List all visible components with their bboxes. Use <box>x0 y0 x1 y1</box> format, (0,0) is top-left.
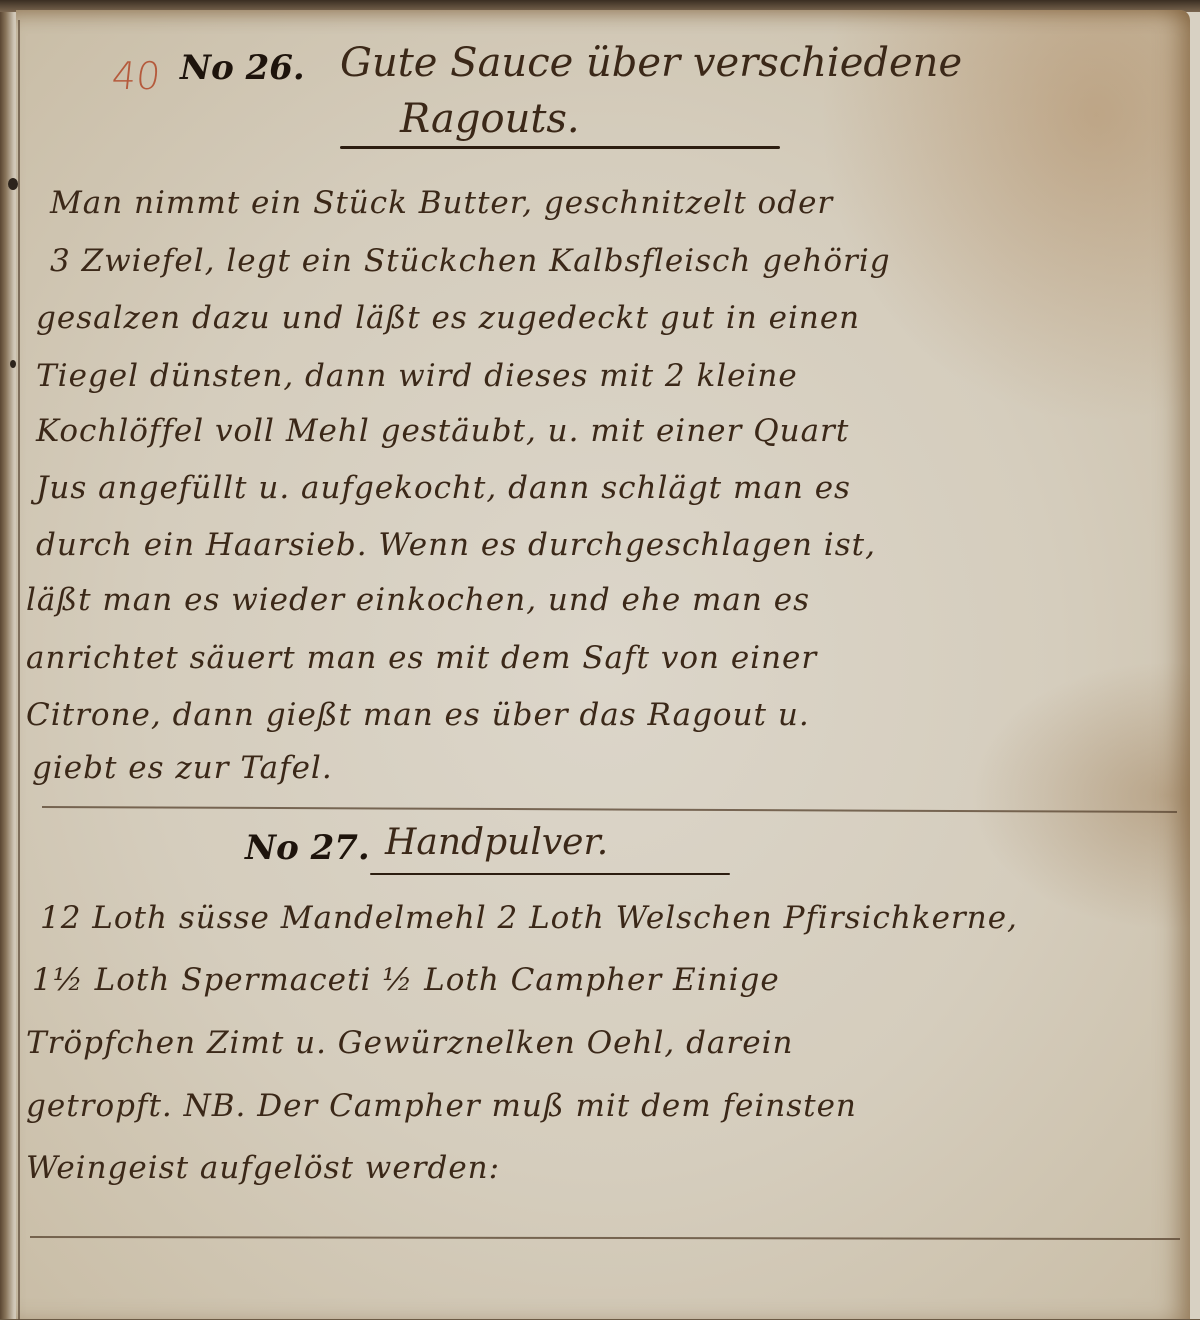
text-line: Jus angefüllt u. aufgekocht, dann schläg… <box>36 470 851 506</box>
binding-stitch-icon <box>10 360 16 368</box>
text-line: gesalzen dazu und läßt es zugedeckt gut … <box>36 300 860 336</box>
binding-stitch-icon <box>8 178 18 190</box>
page-gutter-line <box>18 20 20 1319</box>
recipe-number: No 26. <box>180 48 305 88</box>
text-line: 1½ Loth Spermaceti ½ Loth Campher Einige <box>32 962 780 998</box>
title-underline <box>340 146 780 149</box>
recipe-title: Gute Sauce über verschiedene <box>340 40 962 86</box>
title-underline <box>370 873 730 875</box>
text-line: Citrone, dann gießt man es über das Rago… <box>26 697 810 733</box>
text-line: durch ein Haarsieb. Wenn es durchgeschla… <box>36 527 876 563</box>
recipe-title-continued: Ragouts. <box>400 96 580 142</box>
manuscript-photo: 40 No 26. Gute Sauce über verschiedene R… <box>0 0 1200 1319</box>
text-line: Man nimmt ein Stück Butter, geschnitzelt… <box>50 185 833 221</box>
pencil-page-number: 40 <box>110 54 163 98</box>
text-line: 12 Loth süsse Mandelmehl 2 Loth Welschen… <box>40 900 1018 936</box>
text-line: Kochlöffel voll Mehl gestäubt, u. mit ei… <box>36 413 849 449</box>
text-line: läßt man es wieder einkochen, und ehe ma… <box>26 582 810 618</box>
text-line: giebt es zur Tafel. <box>32 750 333 786</box>
text-line: 3 Zwiefel, legt ein Stückchen Kalbsfleis… <box>50 243 891 279</box>
recipe-number: No 27. <box>245 828 370 868</box>
text-line: Tröpfchen Zimt u. Gewürznelken Oehl, dar… <box>26 1025 793 1061</box>
text-line: getropft. NB. Der Campher muß mit dem fe… <box>26 1088 857 1124</box>
text-line: Tiegel dünsten, dann wird dieses mit 2 k… <box>36 358 798 394</box>
text-line: anrichtet säuert man es mit dem Saft von… <box>26 640 817 676</box>
recipe-title: Handpulver. <box>385 822 608 863</box>
text-line: Weingeist aufgelöst werden: <box>26 1150 500 1186</box>
